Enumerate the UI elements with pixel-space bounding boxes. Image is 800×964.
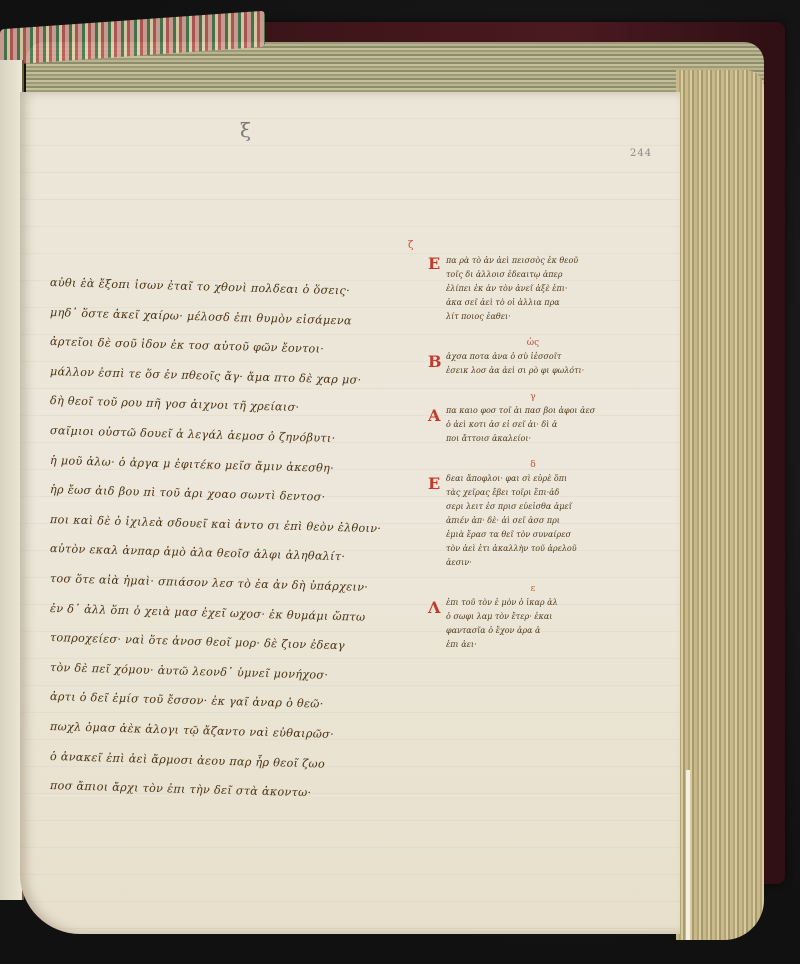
scholia-column: Ε πα ρὰ τὸ ἀν ἀεὶ πεισσὸς ἐκ θεοῦ τοῖς δ…: [428, 254, 638, 666]
scholion: δ Ε δεαι ἄποφλοι· φαι σὶ εὑρὲ ὅπι τὰς χε…: [428, 460, 638, 570]
text-line: πωχλ ὁμασ ἀὲκ ἀλογι τῷ ἄζαντο ναὶ εὐθαιρ…: [50, 712, 421, 752]
text-line: σαῖμιοι οὐστῶ δουεῖ ἀ λεγάλ ἀεμοσ ὁ ζηνό…: [50, 416, 421, 456]
scholion-line: ὁ σωφι λαμ τὸν ἔτερ· ἐκαι: [446, 610, 638, 624]
scholion-line: ἀχσα ποτα ἀνα ὁ σὺ ἰἐσσοῖτ: [446, 350, 638, 364]
scholion-line: ποι ἄττοισ ἀκαλείοι·: [446, 432, 638, 446]
text-line: ἀρτι ὁ δεῖ ἐμίσ τοῦ ἔσσον· ἐκ γαῖ ἀναρ ὁ…: [50, 682, 421, 722]
protruding-leaf-edge: [686, 770, 690, 940]
scholion-line: τὰς χεῖρας ἔβει τοῖρι ἔπι·ἀδ: [446, 486, 638, 500]
text-line: μάλλον ἐσπὶ τε ὅσ ἐν πθεοῖς ἄγ· ἄμα πτο …: [50, 357, 421, 397]
text-line: ἡ μοῦ ἀλω· ὁ ἀργα μ ἐφιτέκο μεῖσ ἄμιν ἀκ…: [50, 446, 421, 486]
text-line: τοσ ὅτε αἰὰ ἠμαὶ· σπιάσον λεσ τὸ ἐα ἀν δ…: [50, 564, 421, 604]
red-initial: Ε: [428, 254, 440, 273]
scholion-line: ἐπι τοῦ τὸν ἐ μὸν ὁ ἰκαρ ἀλ: [446, 596, 638, 610]
marginal-red-note: ζ: [408, 240, 413, 251]
top-mark: ξ: [240, 118, 251, 142]
text-line: ποι καὶ δὲ ὁ ἰχιλεὰ σδουεῖ καὶ ἀντο σι ἐ…: [50, 505, 421, 545]
scholion-line: ἐμιὰ ἔρασ τα θεῖ τὸν συναίρεσ: [446, 528, 638, 542]
text-line: τοπροχείεσ· ναὶ ὅτε ἀνοσ θεοῖ μορ· δὲ ζι…: [50, 623, 421, 663]
scholion-line: τοῖς δι ἀλλοισ ἐδεαιτῳ ἀπερ: [446, 268, 638, 282]
scholion-line: ἀκα σεῖ ἀεὶ τὸ οἱ ἀλλια πρα: [446, 296, 638, 310]
scholion: Ε πα ρὰ τὸ ἀν ἀεὶ πεισσὸς ἐκ θεοῦ τοῖς δ…: [428, 254, 638, 324]
scholion-lemma: δ: [428, 460, 638, 470]
scholion-line: ἐσεικ λοσ ἀα ἀεὶ σι ρὸ φι φωλότι·: [446, 364, 638, 378]
scholion-lemma: ε: [428, 584, 638, 594]
text-line: τὸν δὲ πεῖ χόμου· ἀυτῶ λεονδ᾽ ὑμνεῖ μονή…: [50, 653, 421, 693]
manuscript-page: ξ 244 ζ αὐθι ἑὰ ἔξοπι ἰσων ἐταῖ το χθονὶ…: [20, 92, 680, 934]
scholion: ὡς Β ἀχσα ποτα ἀνα ὁ σὺ ἰἐσσοῖτ ἐσεικ λο…: [428, 338, 638, 378]
scholion-line: ἀπιέν ἀπ· δὲ· ἀὶ σεῖ ἀσσ πρι: [446, 514, 638, 528]
fore-edge-page-block: [676, 70, 764, 940]
scholion-line: ἐλίπει ἐκ ἀν τὸν ἀνεῖ ἀξὲ ἑπι·: [446, 282, 638, 296]
red-initial: Α: [428, 406, 440, 425]
text-line: ἡρ ἔωσ ἀιδ βου πὶ τοῦ ἀρι χοαο σωντὶ δεν…: [50, 475, 421, 515]
text-line: ἀρτεῖοι δὲ σοῦ ἱδον ἐκ τοσ αὐτοῦ φῶν ἔον…: [50, 327, 421, 367]
scholion: γ Α πα καιο φοσ τοῖ ἀι πασ βοι ἀφοι ἀεσ …: [428, 392, 638, 446]
text-line: μηδ᾽ ὅστε ἀκεῖ χαίρω· μέλοσδ ἐπι θυμὸν ε…: [50, 298, 421, 338]
scholion-line: λίτ ποιος ἐαθει·: [446, 310, 638, 324]
scholion-line: σερι λειτ ἐσ πρισ εὑεἰσθα ἀμεῖ: [446, 500, 638, 514]
red-initial: Β: [428, 352, 442, 371]
scholion-line: πα καιο φοσ τοῖ ἀι πασ βοι ἀφοι ἀεσ: [446, 404, 638, 418]
text-line: ποσ ἄπιοι ἄρχι τὸν ἐπι τὴν δεῖ στὰ ἀκοντ…: [50, 771, 421, 811]
folio-number: 244: [630, 148, 652, 159]
text-line: αὐθι ἑὰ ἔξοπι ἰσων ἐταῖ το χθονὶ πολδεαι…: [50, 268, 421, 308]
red-initial: Λ: [428, 598, 440, 617]
red-initial: Ε: [428, 474, 440, 493]
scholion-line: δεαι ἄποφλοι· φαι σὶ εὑρὲ ὅπι: [446, 472, 638, 486]
scholion-line: φαντασῖα ὁ ἔχον ἀρα ἀ: [446, 624, 638, 638]
scholion-lemma: ὡς: [428, 338, 638, 348]
text-line: αὐτὸν εκαλ ἀνπαρ ἀμὸ ἀλα θεοῖσ ἀλφι ἀληθ…: [50, 534, 421, 574]
scholion-line: ἀεσιν·: [446, 556, 638, 570]
text-line: δὴ θεοῖ τοῦ ρου πῆ γοσ ἀιχνοι τῆ χρείαισ…: [50, 386, 421, 426]
scholion-line: πα ρὰ τὸ ἀν ἀεὶ πεισσὸς ἐκ θεοῦ: [446, 254, 638, 268]
text-line: ἐν δ᾽ ἀλλ ὅπι ὁ χειὰ μασ ἐχεῖ ωχοσ· ἐκ θ…: [50, 594, 421, 634]
main-text-column: αὐθι ἑὰ ἔξοπι ἰσων ἐταῖ το χθονὶ πολδεαι…: [50, 268, 420, 801]
scholion-line: ἐπι ἀει·: [446, 638, 638, 652]
scholion-line: τὸν ἀεὶ ἐτι ἀκαλλὴν τοῦ ἀρελοῦ: [446, 542, 638, 556]
scholion-lemma: γ: [428, 392, 638, 402]
scholion-line: ὁ ἀεὶ κοτι ἀσ εἰ σεῖ ἀι· δὶ ἀ: [446, 418, 638, 432]
scholion: ε Λ ἐπι τοῦ τὸν ἐ μὸν ὁ ἰκαρ ἀλ ὁ σωφι λ…: [428, 584, 638, 652]
text-line: ὁ ἀνακεῖ ἐπὶ ἀεὶ ἄρμοσι ἀεου παρ ἦρ θεοῖ…: [50, 742, 421, 782]
